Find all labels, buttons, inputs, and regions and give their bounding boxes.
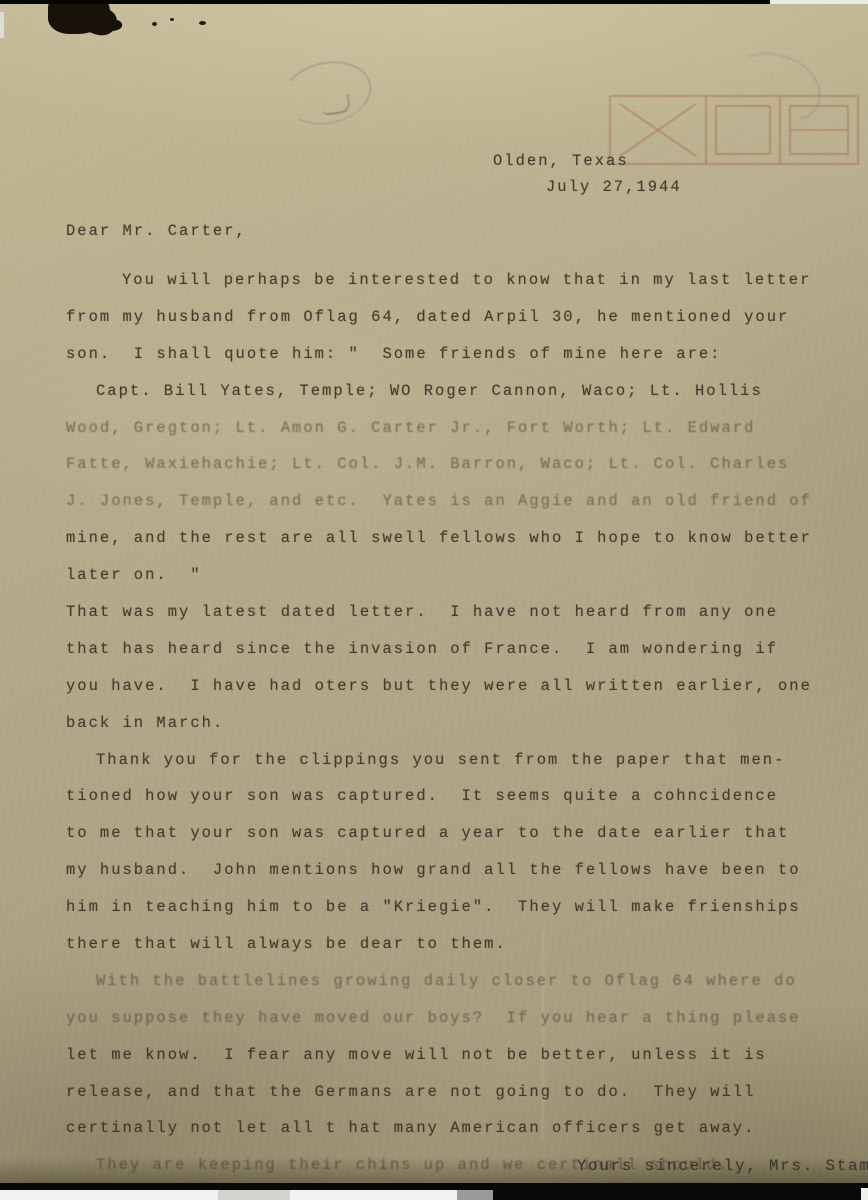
letter-line: With the battlelines growing daily close… — [66, 963, 846, 1000]
place-line: Olden, Texas — [493, 152, 629, 170]
letter-line: mine, and the rest are all swell fellows… — [66, 520, 846, 557]
pencil-circle-mark — [277, 53, 378, 132]
letter-line: Thank you for the clippings you sent fro… — [66, 742, 846, 779]
letter-line: Capt. Bill Yates, Temple; WO Roger Canno… — [66, 373, 846, 410]
letter-line: tioned how your son was captured. It see… — [66, 778, 846, 815]
letter-line: let me know. I fear any move will not be… — [66, 1037, 846, 1074]
scan-edge-artifact — [770, 0, 868, 4]
scanned-letter-view: Olden, Texas July 27,1944 Dear Mr. Carte… — [0, 0, 868, 1200]
letter-line: him in teaching him to be a "Kriegie". T… — [66, 889, 846, 926]
letter-page: Olden, Texas July 27,1944 Dear Mr. Carte… — [0, 4, 868, 1183]
letter-line: from my husband from Oflag 64, dated Arp… — [66, 299, 846, 336]
salutation: Dear Mr. Carter, — [66, 222, 247, 240]
signature-line: Yours sincerely, Mrs. Stame — [577, 1157, 868, 1175]
letter-line: Wood, Gregton; Lt. Amon G. Carter Jr., F… — [66, 410, 846, 447]
letter-line: You will perhaps be interested to know t… — [66, 262, 846, 299]
letter-line: later on. " — [66, 557, 846, 594]
letter-line: That was my latest dated letter. I have … — [66, 594, 846, 631]
letter-body: You will perhaps be interested to know t… — [66, 262, 846, 1183]
letter-line: release, and that the Germans are not go… — [66, 1074, 846, 1111]
letter-line: that has heard since the invasion of Fra… — [66, 631, 846, 668]
date-line: July 27,1944 — [546, 178, 682, 196]
letter-line: certinally not let all t hat many Americ… — [66, 1110, 846, 1147]
ink-speck-icon — [152, 22, 157, 26]
letter-line: my husband. John mentions how grand all … — [66, 852, 846, 889]
letter-line: son. I shall quote him: " Some friends o… — [66, 336, 846, 373]
scan-edge-artifact — [0, 12, 4, 38]
ink-speck-icon — [170, 18, 174, 21]
letter-line: you have. I have had oters but they were… — [66, 668, 846, 705]
ink-speck-icon — [199, 21, 206, 25]
letter-line: back in March. — [66, 705, 846, 742]
letter-line: to me that your son was captured a year … — [66, 815, 846, 852]
red-meter-stamp-icon — [608, 90, 862, 170]
letter-line: there that will always be dear to them. — [66, 926, 846, 963]
letter-line: J. Jones, Temple, and etc. Yates is an A… — [66, 483, 846, 520]
scan-edge-artifact — [457, 1190, 493, 1200]
letter-line: Fatte, Waxiehachie; Lt. Col. J.M. Barron… — [66, 446, 846, 483]
letter-line: you suppose they have moved our boys? If… — [66, 1000, 846, 1037]
scan-edge-artifact — [218, 1190, 290, 1200]
scan-edge-artifact — [861, 1188, 868, 1200]
